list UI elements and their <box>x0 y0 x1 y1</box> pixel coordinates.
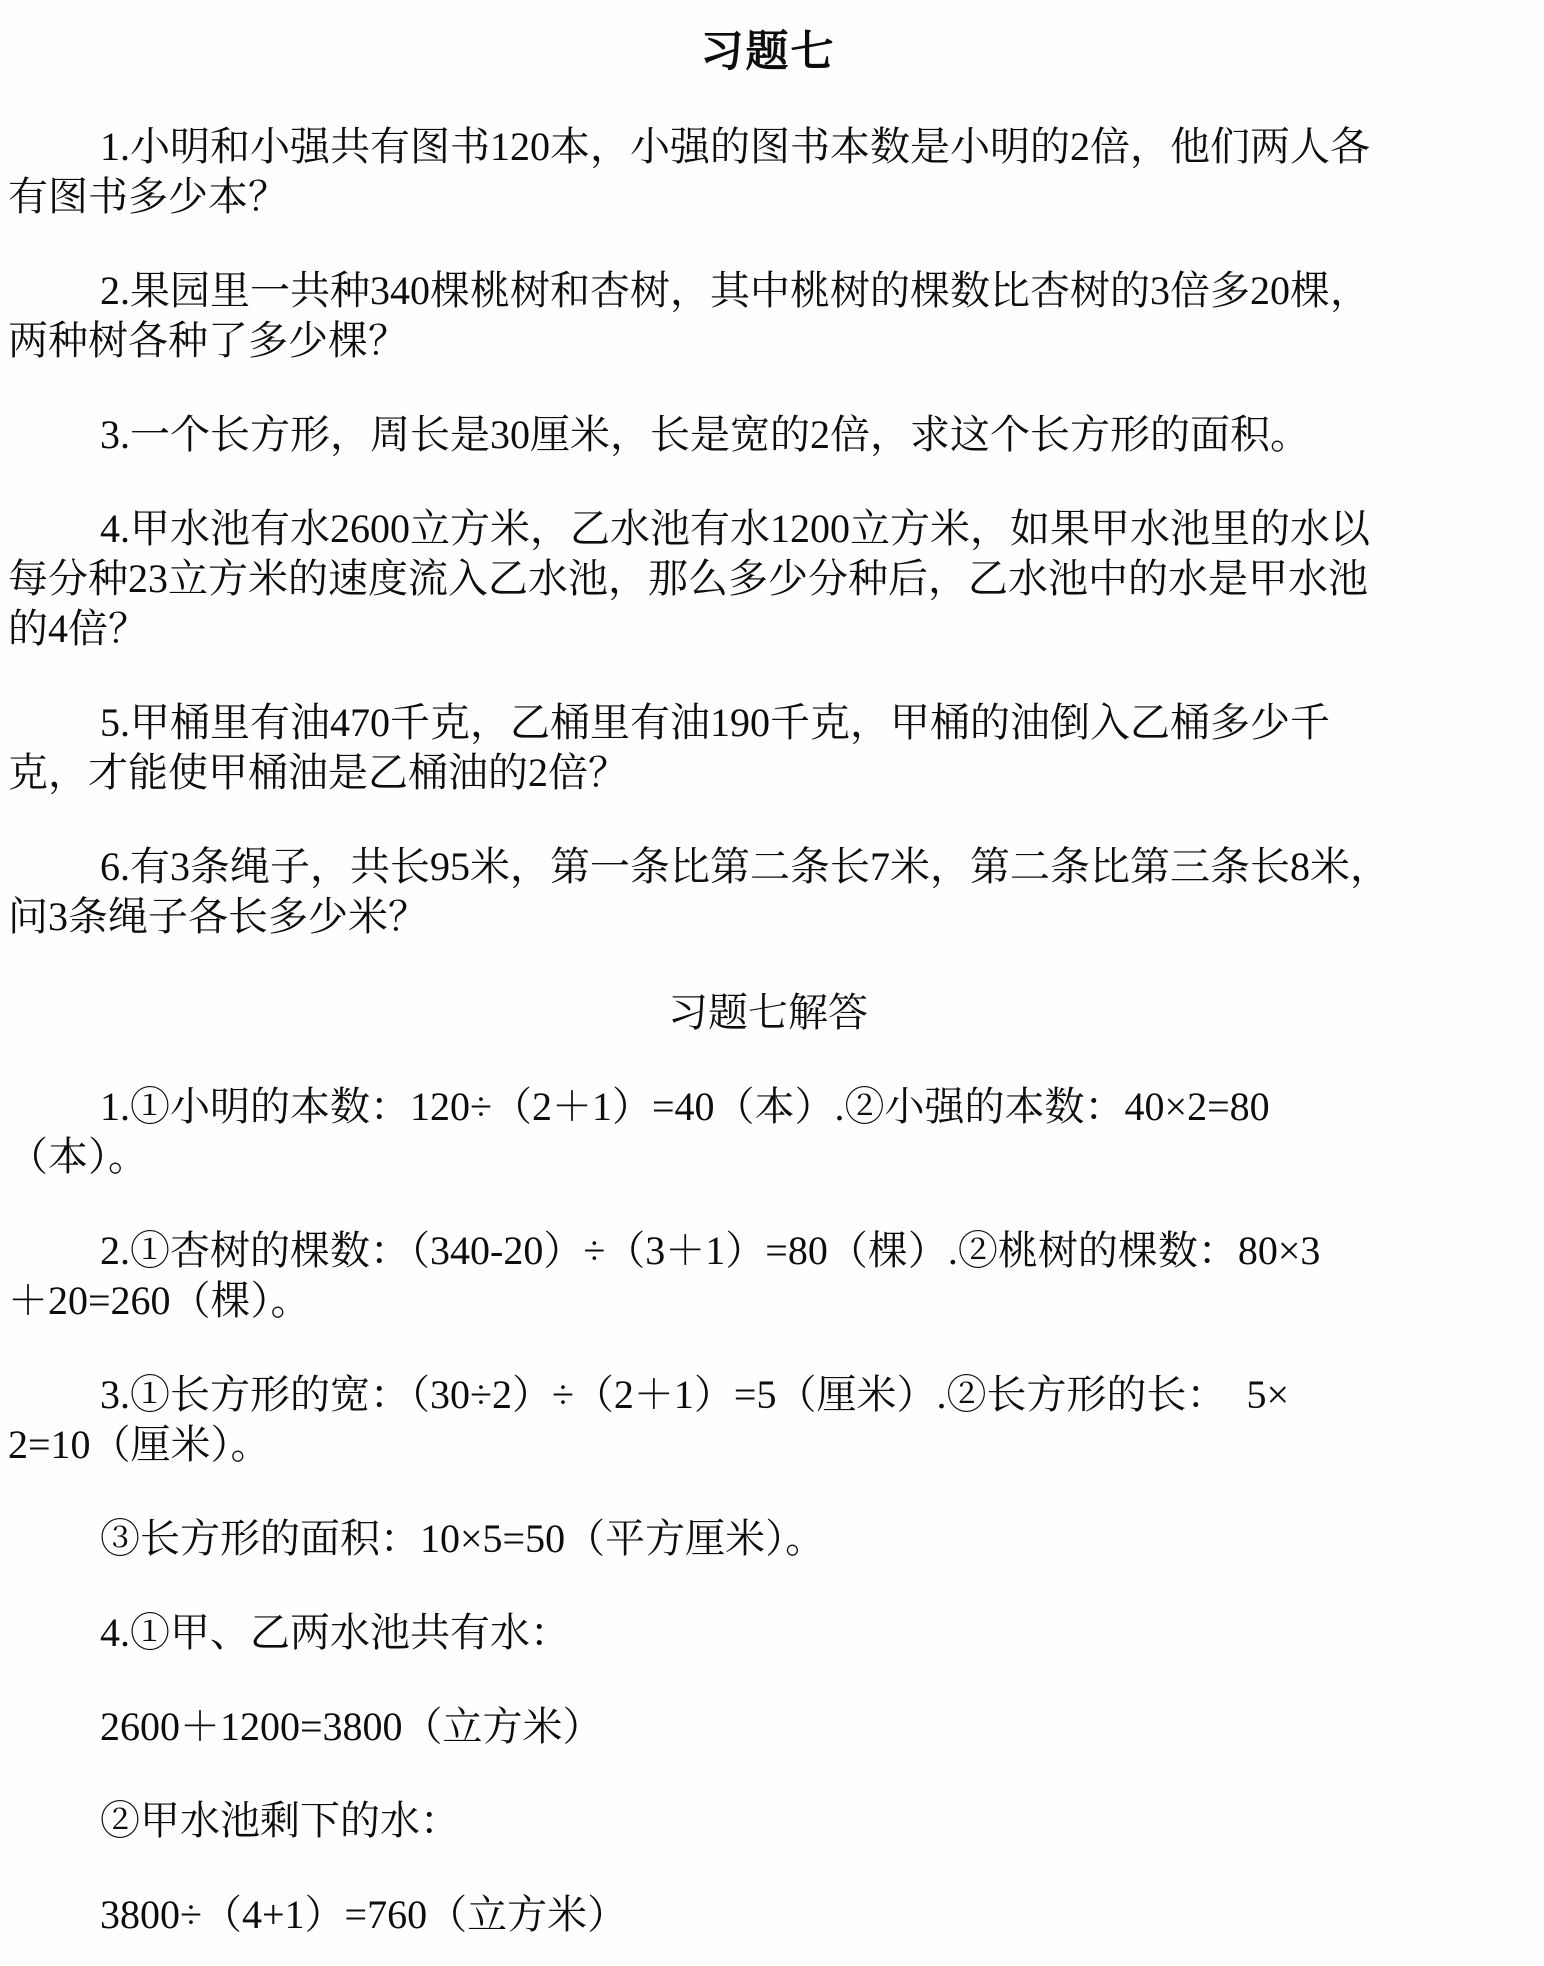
answer-4-calc-2: 3800÷（4+1）=760（立方米） <box>8 1890 1528 1940</box>
problem-4-line-3: 的4倍？ <box>8 604 1528 654</box>
problem-2-line-2: 两种树各种了多少棵？ <box>8 316 1528 366</box>
answer-4-heading: 4.①甲、乙两水池共有水： <box>8 1608 1528 1658</box>
answer-2: 2.①杏树的棵数：（340-20）÷（3＋1）=80（棵）.②桃树的棵数：80×… <box>8 1226 1528 1326</box>
worksheet-page: 习题七 1.小明和小强共有图书120本，小强的图书本数是小明的2倍，他们两人各 … <box>0 0 1544 1966</box>
problem-6: 6.有3条绳子，共长95米，第一条比第二条长7米，第二条比第三条长8米， 问3条… <box>8 842 1528 942</box>
answer-4-calc-2-line-1: 3800÷（4+1）=760（立方米） <box>8 1890 1528 1940</box>
answer-1-line-2: （本）。 <box>8 1132 1528 1182</box>
answer-4-subheading-line-1: ②甲水池剩下的水： <box>8 1796 1528 1846</box>
problem-2-line-1: 2.果园里一共种340棵桃树和杏树，其中桃树的棵数比杏树的3倍多20棵， <box>8 266 1528 316</box>
answer-3-area: ③长方形的面积：10×5=50（平方厘米）。 <box>8 1514 1528 1564</box>
answer-4-calc-1: 2600＋1200=3800（立方米） <box>8 1702 1528 1752</box>
problem-3: 3.一个长方形，周长是30厘米，长是宽的2倍，求这个长方形的面积。 <box>8 410 1528 460</box>
problem-2: 2.果园里一共种340棵桃树和杏树，其中桃树的棵数比杏树的3倍多20棵， 两种树… <box>8 266 1528 366</box>
problem-5-line-1: 5.甲桶里有油470千克，乙桶里有油190千克，甲桶的油倒入乙桶多少千 <box>8 698 1528 748</box>
problem-4-line-2: 每分种23立方米的速度流入乙水池，那么多少分种后，乙水池中的水是甲水池 <box>8 554 1528 604</box>
problem-5: 5.甲桶里有油470千克，乙桶里有油190千克，甲桶的油倒入乙桶多少千 克，才能… <box>8 698 1528 798</box>
answer-1-line-1: 1.①小明的本数：120÷（2＋1）=40（本）.②小强的本数：40×2=80 <box>8 1082 1528 1132</box>
problem-1-line-1: 1.小明和小强共有图书120本，小强的图书本数是小明的2倍，他们两人各 <box>8 122 1528 172</box>
problem-1-line-2: 有图书多少本？ <box>8 172 1528 222</box>
answer-1: 1.①小明的本数：120÷（2＋1）=40（本）.②小强的本数：40×2=80 … <box>8 1082 1528 1182</box>
problem-4-line-1: 4.甲水池有水2600立方米，乙水池有水1200立方米，如果甲水池里的水以 <box>8 504 1528 554</box>
answer-2-line-1: 2.①杏树的棵数：（340-20）÷（3＋1）=80（棵）.②桃树的棵数：80×… <box>8 1226 1528 1276</box>
answer-4-subheading: ②甲水池剩下的水： <box>8 1796 1528 1846</box>
problem-5-line-2: 克，才能使甲桶油是乙桶油的2倍？ <box>8 748 1528 798</box>
answers-section-title: 习题七解答 <box>8 988 1528 1038</box>
answer-2-line-2: ＋20=260（棵）。 <box>8 1276 1528 1326</box>
answer-3: 3.①长方形的宽：（30÷2）÷（2＋1）=5（厘米）.②长方形的长： 5× 2… <box>8 1370 1528 1470</box>
page-title: 习题七 <box>8 26 1528 78</box>
problem-6-line-1: 6.有3条绳子，共长95米，第一条比第二条长7米，第二条比第三条长8米， <box>8 842 1528 892</box>
answer-4-heading-line-1: 4.①甲、乙两水池共有水： <box>8 1608 1528 1658</box>
answer-4-calc-1-line-1: 2600＋1200=3800（立方米） <box>8 1702 1528 1752</box>
problem-1: 1.小明和小强共有图书120本，小强的图书本数是小明的2倍，他们两人各 有图书多… <box>8 122 1528 222</box>
answer-3-line-2: 2=10（厘米）。 <box>8 1420 1528 1470</box>
problem-4: 4.甲水池有水2600立方米，乙水池有水1200立方米，如果甲水池里的水以 每分… <box>8 504 1528 654</box>
answer-3-line-1: 3.①长方形的宽：（30÷2）÷（2＋1）=5（厘米）.②长方形的长： 5× <box>8 1370 1528 1420</box>
problem-6-line-2: 问3条绳子各长多少米？ <box>8 892 1528 942</box>
problem-3-line-1: 3.一个长方形，周长是30厘米，长是宽的2倍，求这个长方形的面积。 <box>8 410 1528 460</box>
answer-3-area-line-1: ③长方形的面积：10×5=50（平方厘米）。 <box>8 1514 1528 1564</box>
